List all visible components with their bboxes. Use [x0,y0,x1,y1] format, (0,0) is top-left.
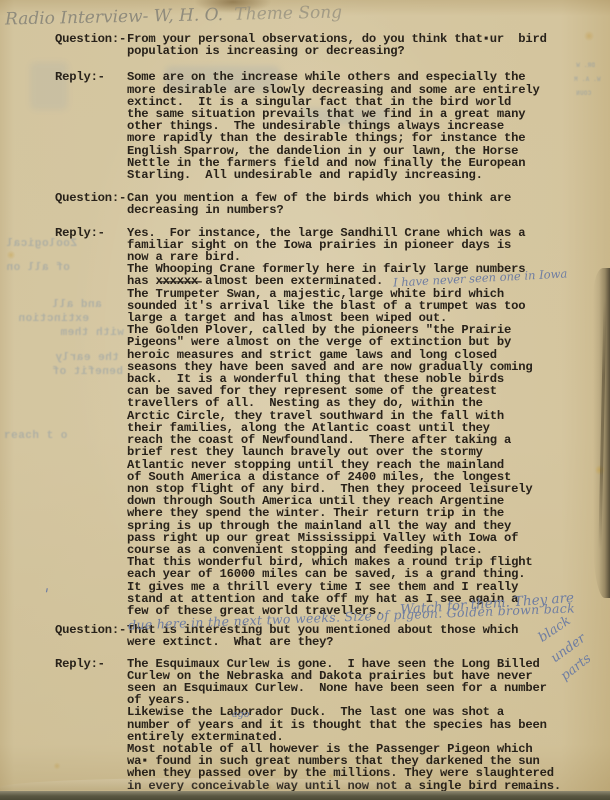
entry-body: Can you mention a few of the birds which… [127,192,600,216]
annotation-ink-tick: ' [42,585,50,603]
entry-label: Question:- [55,624,127,636]
handwritten-header-light: Theme Song [234,2,342,24]
qa-entry-question-2: Question:- Can you mention a few of the … [55,192,600,216]
entry-body: Some are on the increase while others an… [127,71,600,181]
qa-entry-question-1: Question:- From your personal observatio… [55,33,600,57]
handwritten-header: Radio Interview- W, H. O. Theme Song [5,2,342,29]
qa-entry-reply-2: Reply:- Yes. For instance, the large San… [55,227,600,618]
scan-background-strip [0,791,610,800]
entry-body: From your personal observations, do you … [127,33,600,57]
entry-label: Reply:- [55,227,127,239]
handwritten-header-main: Radio Interview- W, H. O. [5,5,223,30]
typed-transcript: Question:- From your personal observatio… [55,33,600,792]
entry-label: Question:- [55,33,127,45]
paper-bottom-fold [0,778,420,790]
paper-torn-edge [593,268,610,598]
qa-entry-reply-3: Reply:- The Esquimaux Curlew is gone. I … [55,658,600,792]
entry-label: Question:- [55,192,127,204]
entry-label: Reply:- [55,71,127,83]
entry-body: The Esquimaux Curlew is gone. I have see… [127,658,600,792]
annotation-ago-insert: ago [232,709,249,720]
entry-body: Yes. For instance, the large Sandhill Cr… [127,227,600,618]
entry-label: Reply:- [55,658,127,670]
qa-entry-reply-1: Reply:- Some are on the increase while o… [55,71,600,181]
paper-scan: Zoological of all on and all extinction … [0,0,610,792]
